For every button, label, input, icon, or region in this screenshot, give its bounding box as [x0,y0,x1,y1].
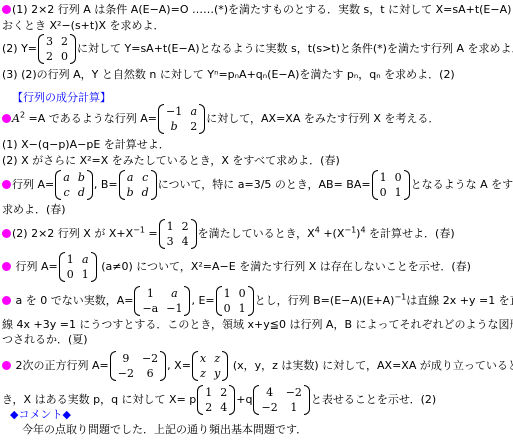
problem-3-line-2: 求めよ．(春) [2,203,66,217]
problem-6-line-3: つされるか．(夏) [2,333,88,347]
matrix-A: −1ab2 [158,104,205,134]
section-heading: 【行列の成分計算】 [12,91,111,105]
matrix-A: abcd [55,170,93,200]
matrix-identity: 1001 [372,170,410,200]
matrix: 1234 [159,219,197,249]
matrix-B: acbd [119,170,157,200]
comment-heading: ◆コメント◆ [10,408,71,422]
problem-6-line-2: 線 4x +3y =1 にうつすとする．このとき，領域 x+y≦0 は行列 A，… [2,318,513,332]
matrix-P: 1224 [197,385,235,415]
bullet-icon [2,114,11,123]
problem-1-part-2: (2) Y=3220に対して Y=sA+t(E−A)となるように実数 s，t(s… [2,34,513,64]
problem-2-q1: (1) X−(q−p)A−pE を計算せよ． [2,138,170,152]
comment-text: 今年の点取り問題でした．上記の通り頻出基本問題です． [22,423,307,437]
part-3-text: (3) (2)の行列 A，Y と自然数 n に対して Yⁿ=pₙA+qₙ(E−A… [2,68,455,81]
matrix-Q: 4−2−21 [253,385,309,415]
bullet-icon [2,180,11,189]
section-heading-text: 【行列の成分計算】 [12,91,111,104]
matrix-A: 9−2−26 [110,351,166,381]
bullet-icon [2,5,11,14]
problem-2-q2: (2) X がさらに X²=X をみたしているとき，X をすべて求めよ．(春) [2,154,340,168]
comment-body: 今年の点取り問題でした．上記の通り頻出基本問題です． [22,423,307,436]
part-2-suffix: に対して Y=sA+t(E−A)となるように実数 s，t(s>t)と条件(*)を… [77,42,513,55]
problem-2: A2 =A であるような行列 A=−1ab2に対して，AX=XA をみたす行列 … [2,104,439,134]
problem-4: (2) 2×2 行列 X が X+X−1 =1234を満たしているとき，X4 +… [2,219,455,249]
matrix-Y: 3220 [38,34,76,64]
bullet-icon [2,296,11,305]
problem-3: 行列 A=abcd, B=acbdについて，特に a=3/5 のとき，AB= B… [2,170,513,200]
matrix-A: 1a−a−1 [134,286,190,316]
problem-1-line-1: (1) 2×2 行列 A は条件 A(E−A)=O ……(*)を満たすものとする… [2,3,513,17]
problem-1-part-3: (3) (2)の行列 A，Y と自然数 n に対して Yⁿ=pₙA+qₙ(E−A… [2,68,455,82]
problem-1-text-cont: おくとき X²−(s+t)X を求めよ． [2,19,165,32]
bullet-icon [2,361,11,370]
matrix-X: xzzy [192,351,228,381]
problem-6: a を 0 でない実数，A=1a−a−1, E=1001とし，行列 B=(E−A… [2,286,513,316]
comment-heading-text: ◆コメント◆ [10,408,71,421]
bullet-icon [2,262,11,271]
problem-1-text: (1) 2×2 行列 A は条件 A(E−A)=O ……(*)を満たすものとする… [12,3,513,16]
problem-1-line-2: おくとき X²−(s+t)X を求めよ． [2,19,165,33]
problem-5: 行列 A=1a01 (a≠0) について，X²=A−E を満たす行列 X は存在… [2,252,471,282]
matrix-A: 1a01 [59,252,97,282]
matrix-E: 1001 [216,286,254,316]
part-2-prefix: (2) Y= [2,42,37,55]
problem-7: 2次の正方行列 A=9−2−26, X=xzzy (x，y，z は実数) に対し… [2,351,513,381]
bullet-icon [2,229,11,238]
